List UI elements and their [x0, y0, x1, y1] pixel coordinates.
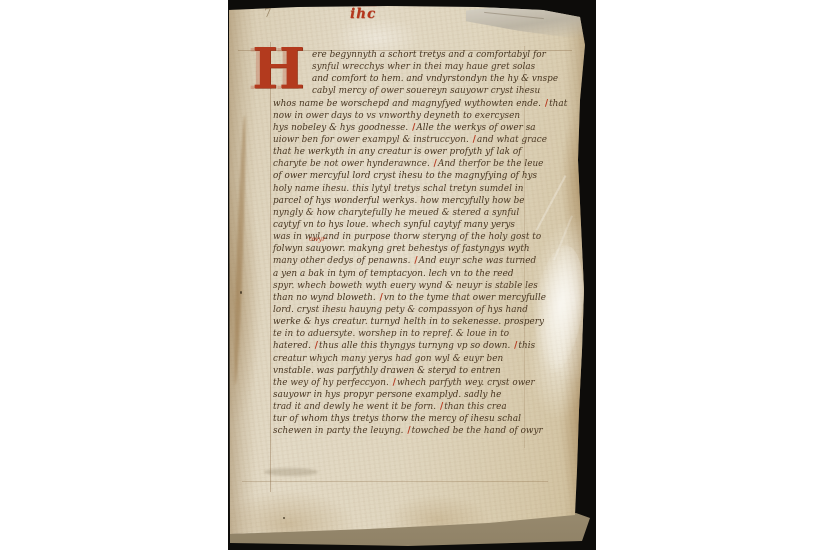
text-line: cabyl mercy of ower souereyn sauyowr cry… — [273, 85, 529, 97]
text-line: caytyf vn to hys loue. whech synful cayt… — [273, 219, 529, 231]
text-line: ere begynnyth a schort tretys and a comf… — [273, 49, 529, 61]
text-line: holy name ihesu. this lytyl tretys schal… — [273, 183, 529, 195]
text-line: hatered. /thus alle this thyngys turnyng… — [273, 340, 529, 352]
text-line: vnstable. was parfythly drawen & steryd … — [273, 365, 529, 377]
manuscript-page: 7 ihc H ere begynnyth a schort tretys an… — [228, 0, 596, 550]
text-line: trad it and dewly he went it be forn. /t… — [273, 401, 529, 413]
ihs-monogram: ihc — [350, 6, 390, 22]
text-line: than no wynd bloweth. /vn to the tyme th… — [273, 292, 529, 304]
text-lines: ere begynnyth a schort tretys and a comf… — [273, 49, 529, 438]
ink-speck — [240, 291, 242, 294]
text-line: folwyn sauyowr. makyng gret behestys of … — [273, 243, 529, 255]
text-line: synful wrecchys wher in thei may haue gr… — [273, 61, 529, 73]
text-line: sauyowr in hys propyr persone examplyd. … — [273, 389, 529, 401]
ink-speck — [283, 517, 285, 519]
text-line: parcel of hys wonderful werkys. how merc… — [273, 195, 529, 207]
ruling-line-left — [270, 42, 271, 492]
ink-smudge — [264, 468, 318, 476]
text-line: te in to aduersyte. worshep in to repref… — [273, 328, 529, 340]
text-line: uiowr ben for ower exampyl & instruccyon… — [273, 134, 529, 146]
ruling-line-bottom — [242, 481, 548, 482]
text-line: creatur whych many yerys had gon wyl & e… — [273, 353, 529, 365]
quire-mark: 7 — [263, 5, 282, 19]
text-line: werke & hys creatur. turnyd helth in to … — [273, 316, 529, 328]
text-line: spyr. whech boweth wyth euery wynd & neu… — [273, 280, 529, 292]
text-line: whos name be worschepd and magnyfyed wyt… — [273, 98, 529, 110]
text-line: nyngly & how charytefully he meued & ste… — [273, 207, 529, 219]
text-line: hys nobeley & hys goodnesse. /Alle the w… — [273, 122, 529, 134]
text-line: lord. cryst ihesu hauyng pety & compassy… — [273, 304, 529, 316]
text-block: H ere begynnyth a schort tretys and a co… — [273, 49, 529, 449]
text-line: tur of whom thys tretys thorw the mercy … — [273, 413, 529, 425]
text-line: charyte be not ower hynderawnce. /And th… — [273, 158, 529, 170]
interlinear-gloss: owyr — [309, 236, 325, 243]
text-line: many other dedys of penawns. /And euyr s… — [273, 255, 529, 267]
manuscript-photo: 7 ihc H ere begynnyth a schort tretys an… — [228, 0, 596, 550]
text-line: of ower mercyful lord cryst ihesu to the… — [273, 170, 529, 182]
text-line: the wey of hy perfeccyon. /whech parfyth… — [273, 377, 529, 389]
text-line: schewen in party the leuyng. /towched be… — [273, 425, 529, 437]
text-line: that he werkyth in any creatur is ower p… — [273, 146, 529, 158]
text-line: and comfort to hem. and vndyrstondyn the… — [273, 73, 529, 85]
text-line: a yen a bak in tym of temptacyon. lech v… — [273, 268, 529, 280]
text-line: now in ower days to vs vnworthy deyneth … — [273, 110, 529, 122]
